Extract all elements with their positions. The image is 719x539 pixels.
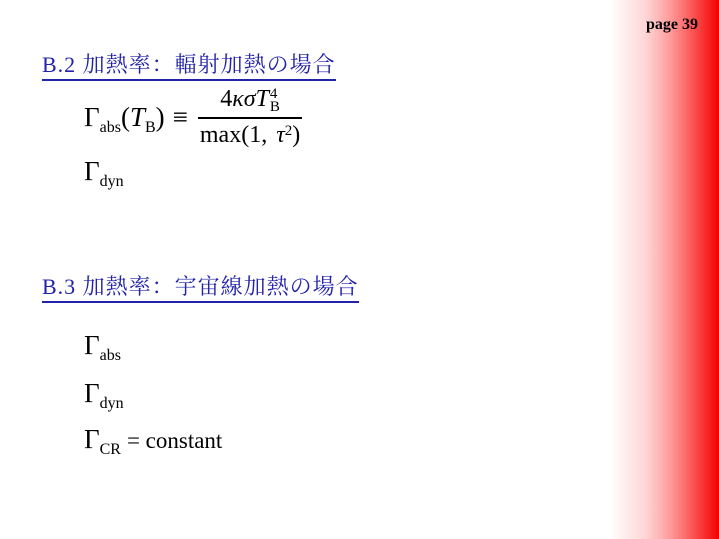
numerator-sup-sub-stack: 4B xyxy=(270,88,280,114)
section-b3-heading: B.3 加熱率：宇宙線加熱の場合 xyxy=(42,274,359,303)
gamma-dyn-item-b3: Γdyn xyxy=(84,379,124,409)
numerator-temperature-symbol: T xyxy=(256,86,269,112)
gamma-abs-item-b3: Γabs xyxy=(84,331,121,361)
gamma-cr-constant-item: ΓCR= constant xyxy=(84,425,222,455)
red-gradient-band xyxy=(592,0,719,539)
slide: page 39 B.2 加熱率：輻射加熱の場合 Γabs(TB) ≡ 4κσT4… xyxy=(0,0,719,539)
gamma-subscript: abs xyxy=(100,119,121,136)
equiv-sign: ≡ xyxy=(173,103,188,133)
numerator-subscript: B xyxy=(270,101,280,114)
equation-lhs: Γabs(TB) xyxy=(84,103,165,133)
temperature-symbol: T xyxy=(130,102,145,132)
gamma-subscript: dyn xyxy=(100,395,124,412)
gamma-dyn-item-b2: Γdyn xyxy=(84,157,124,187)
gamma-symbol: Γ xyxy=(84,102,100,132)
numerator-greek-kappa-sigma: κσ xyxy=(232,86,255,112)
gamma-symbol: Γ xyxy=(84,424,100,454)
close-paren: ) xyxy=(156,102,165,132)
open-paren: ( xyxy=(121,102,130,132)
constant-equation-rhs: = constant xyxy=(127,428,222,453)
temperature-subscript: B xyxy=(145,119,156,136)
denominator-close-paren: ) xyxy=(292,122,300,148)
gamma-symbol: Γ xyxy=(84,330,100,360)
gamma-subscript: abs xyxy=(100,347,121,364)
fraction: 4κσT4B max(1,τ2) xyxy=(198,86,302,149)
gamma-subscript: CR xyxy=(100,441,121,458)
page-number: page 39 xyxy=(646,16,698,34)
gamma-subscript: dyn xyxy=(100,173,124,190)
gamma-symbol: Γ xyxy=(84,156,100,186)
fraction-numerator: 4κσT4B xyxy=(198,86,302,119)
equation-gamma-abs-definition: Γabs(TB) ≡ 4κσT4B max(1,τ2) xyxy=(84,86,302,149)
section-b2-heading: B.2 加熱率：輻射加熱の場合 xyxy=(42,52,336,81)
denominator-tau-symbol: τ xyxy=(276,122,285,148)
numerator-coefficient: 4 xyxy=(220,86,232,112)
gamma-symbol: Γ xyxy=(84,378,100,408)
fraction-denominator: max(1,τ2) xyxy=(198,119,302,148)
denominator-max-function: max(1, xyxy=(200,122,267,148)
